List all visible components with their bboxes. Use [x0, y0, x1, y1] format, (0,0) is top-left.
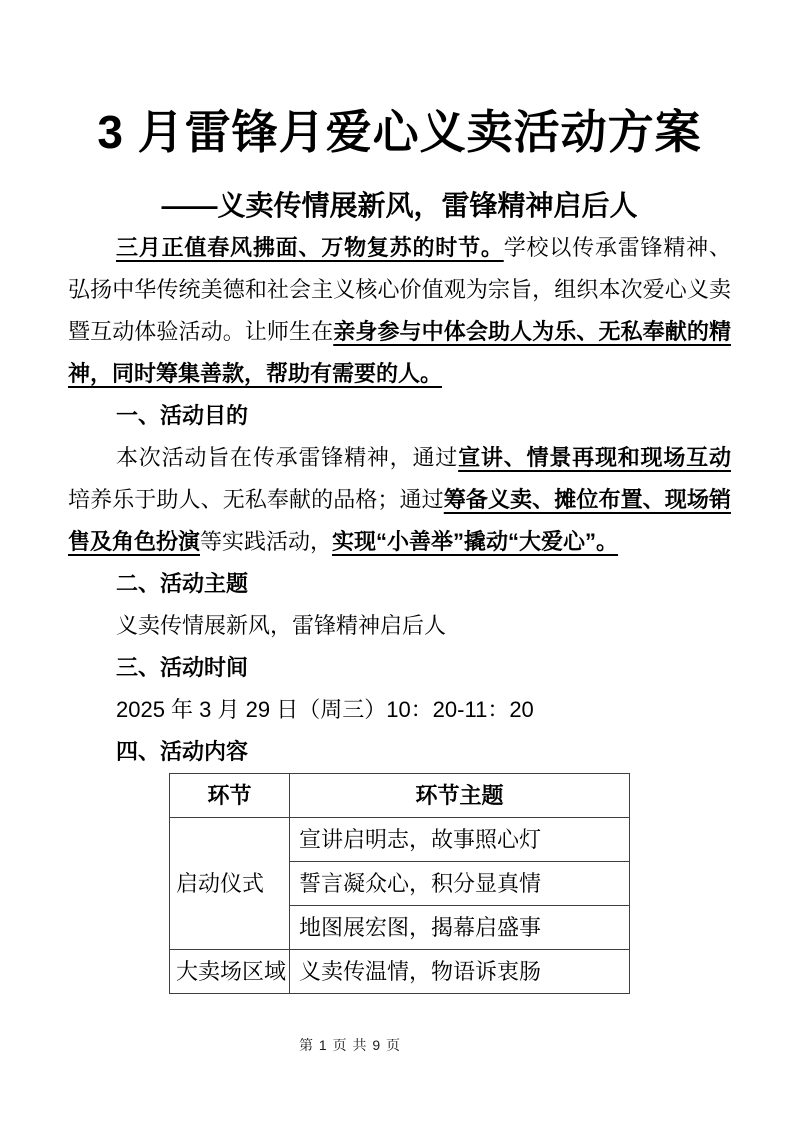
section-heading-time: 三、活动时间	[68, 647, 731, 689]
activity-table: 环节 环节主题 启动仪式 宣讲启明志，故事照心灯 誓言凝众心，积分显真情 地图展…	[169, 773, 630, 994]
purpose-regular-run-0: 本次活动旨在传承雷锋精神，通过	[116, 445, 458, 470]
document-subtitle: ——义卖传情展新风，雷锋精神启后人	[68, 186, 731, 226]
intro-paragraph: 三月正值春风拂面、万物复苏的时节。学校以传承雷锋精神、弘扬中华传统美德和社会主义…	[68, 227, 731, 395]
table-cell-step-launch: 启动仪式	[170, 818, 290, 950]
page-footer: 第 1 页 共 9 页	[299, 1036, 401, 1054]
document-content: 3 月雷锋月爱心义卖活动方案 ——义卖传情展新风，雷锋精神启后人 三月正值春风拂…	[0, 98, 793, 994]
table-cell-topic-4: 义卖传温情，物语诉衷肠	[290, 950, 630, 994]
document-page: 3 月雷锋月爱心义卖活动方案 ——义卖传情展新风，雷锋精神启后人 三月正值春风拂…	[0, 0, 793, 1122]
purpose-regular-run-2: 等实践活动，	[200, 529, 332, 554]
purpose-regular-run-1: 培养乐于助人、无私奉献的品格；通过	[68, 487, 444, 512]
table-cell-topic-3: 地图展宏图，揭幕启盛事	[290, 906, 630, 950]
purpose-paragraph: 本次活动旨在传承雷锋精神，通过宣讲、情景再现和现场互动培养乐于助人、无私奉献的品…	[68, 437, 731, 563]
table-header-topic: 环节主题	[290, 774, 630, 818]
purpose-bold-run-3: 实现“小善举”撬动“大爱心”。	[332, 529, 618, 554]
section-heading-content: 四、活动内容	[68, 731, 731, 773]
intro-bold-run-1: 三月正值春风拂面、万物复苏的时节。	[116, 235, 504, 260]
table-cell-topic-1: 宣讲启明志，故事照心灯	[290, 818, 630, 862]
table-header-step: 环节	[170, 774, 290, 818]
purpose-bold-run-1: 宣讲、情景再现和现场互动	[458, 445, 731, 470]
time-text: 2025 年 3 月 29 日（周三）10：20-11：20	[68, 689, 731, 731]
table-row: 大卖场区域 义卖传温情，物语诉衷肠	[170, 950, 630, 994]
section-heading-theme: 二、活动主题	[68, 563, 731, 605]
table-header-row: 环节 环节主题	[170, 774, 630, 818]
theme-text: 义卖传情展新风，雷锋精神启后人	[68, 605, 731, 647]
section-heading-purpose: 一、活动目的	[68, 395, 731, 437]
table-cell-topic-2: 誓言凝众心，积分显真情	[290, 862, 630, 906]
table-row: 启动仪式 宣讲启明志，故事照心灯	[170, 818, 630, 862]
document-body: 三月正值春风拂面、万物复苏的时节。学校以传承雷锋精神、弘扬中华传统美德和社会主义…	[68, 227, 731, 994]
table-cell-step-market: 大卖场区域	[170, 950, 290, 994]
document-title: 3 月雷锋月爱心义卖活动方案	[68, 98, 731, 166]
